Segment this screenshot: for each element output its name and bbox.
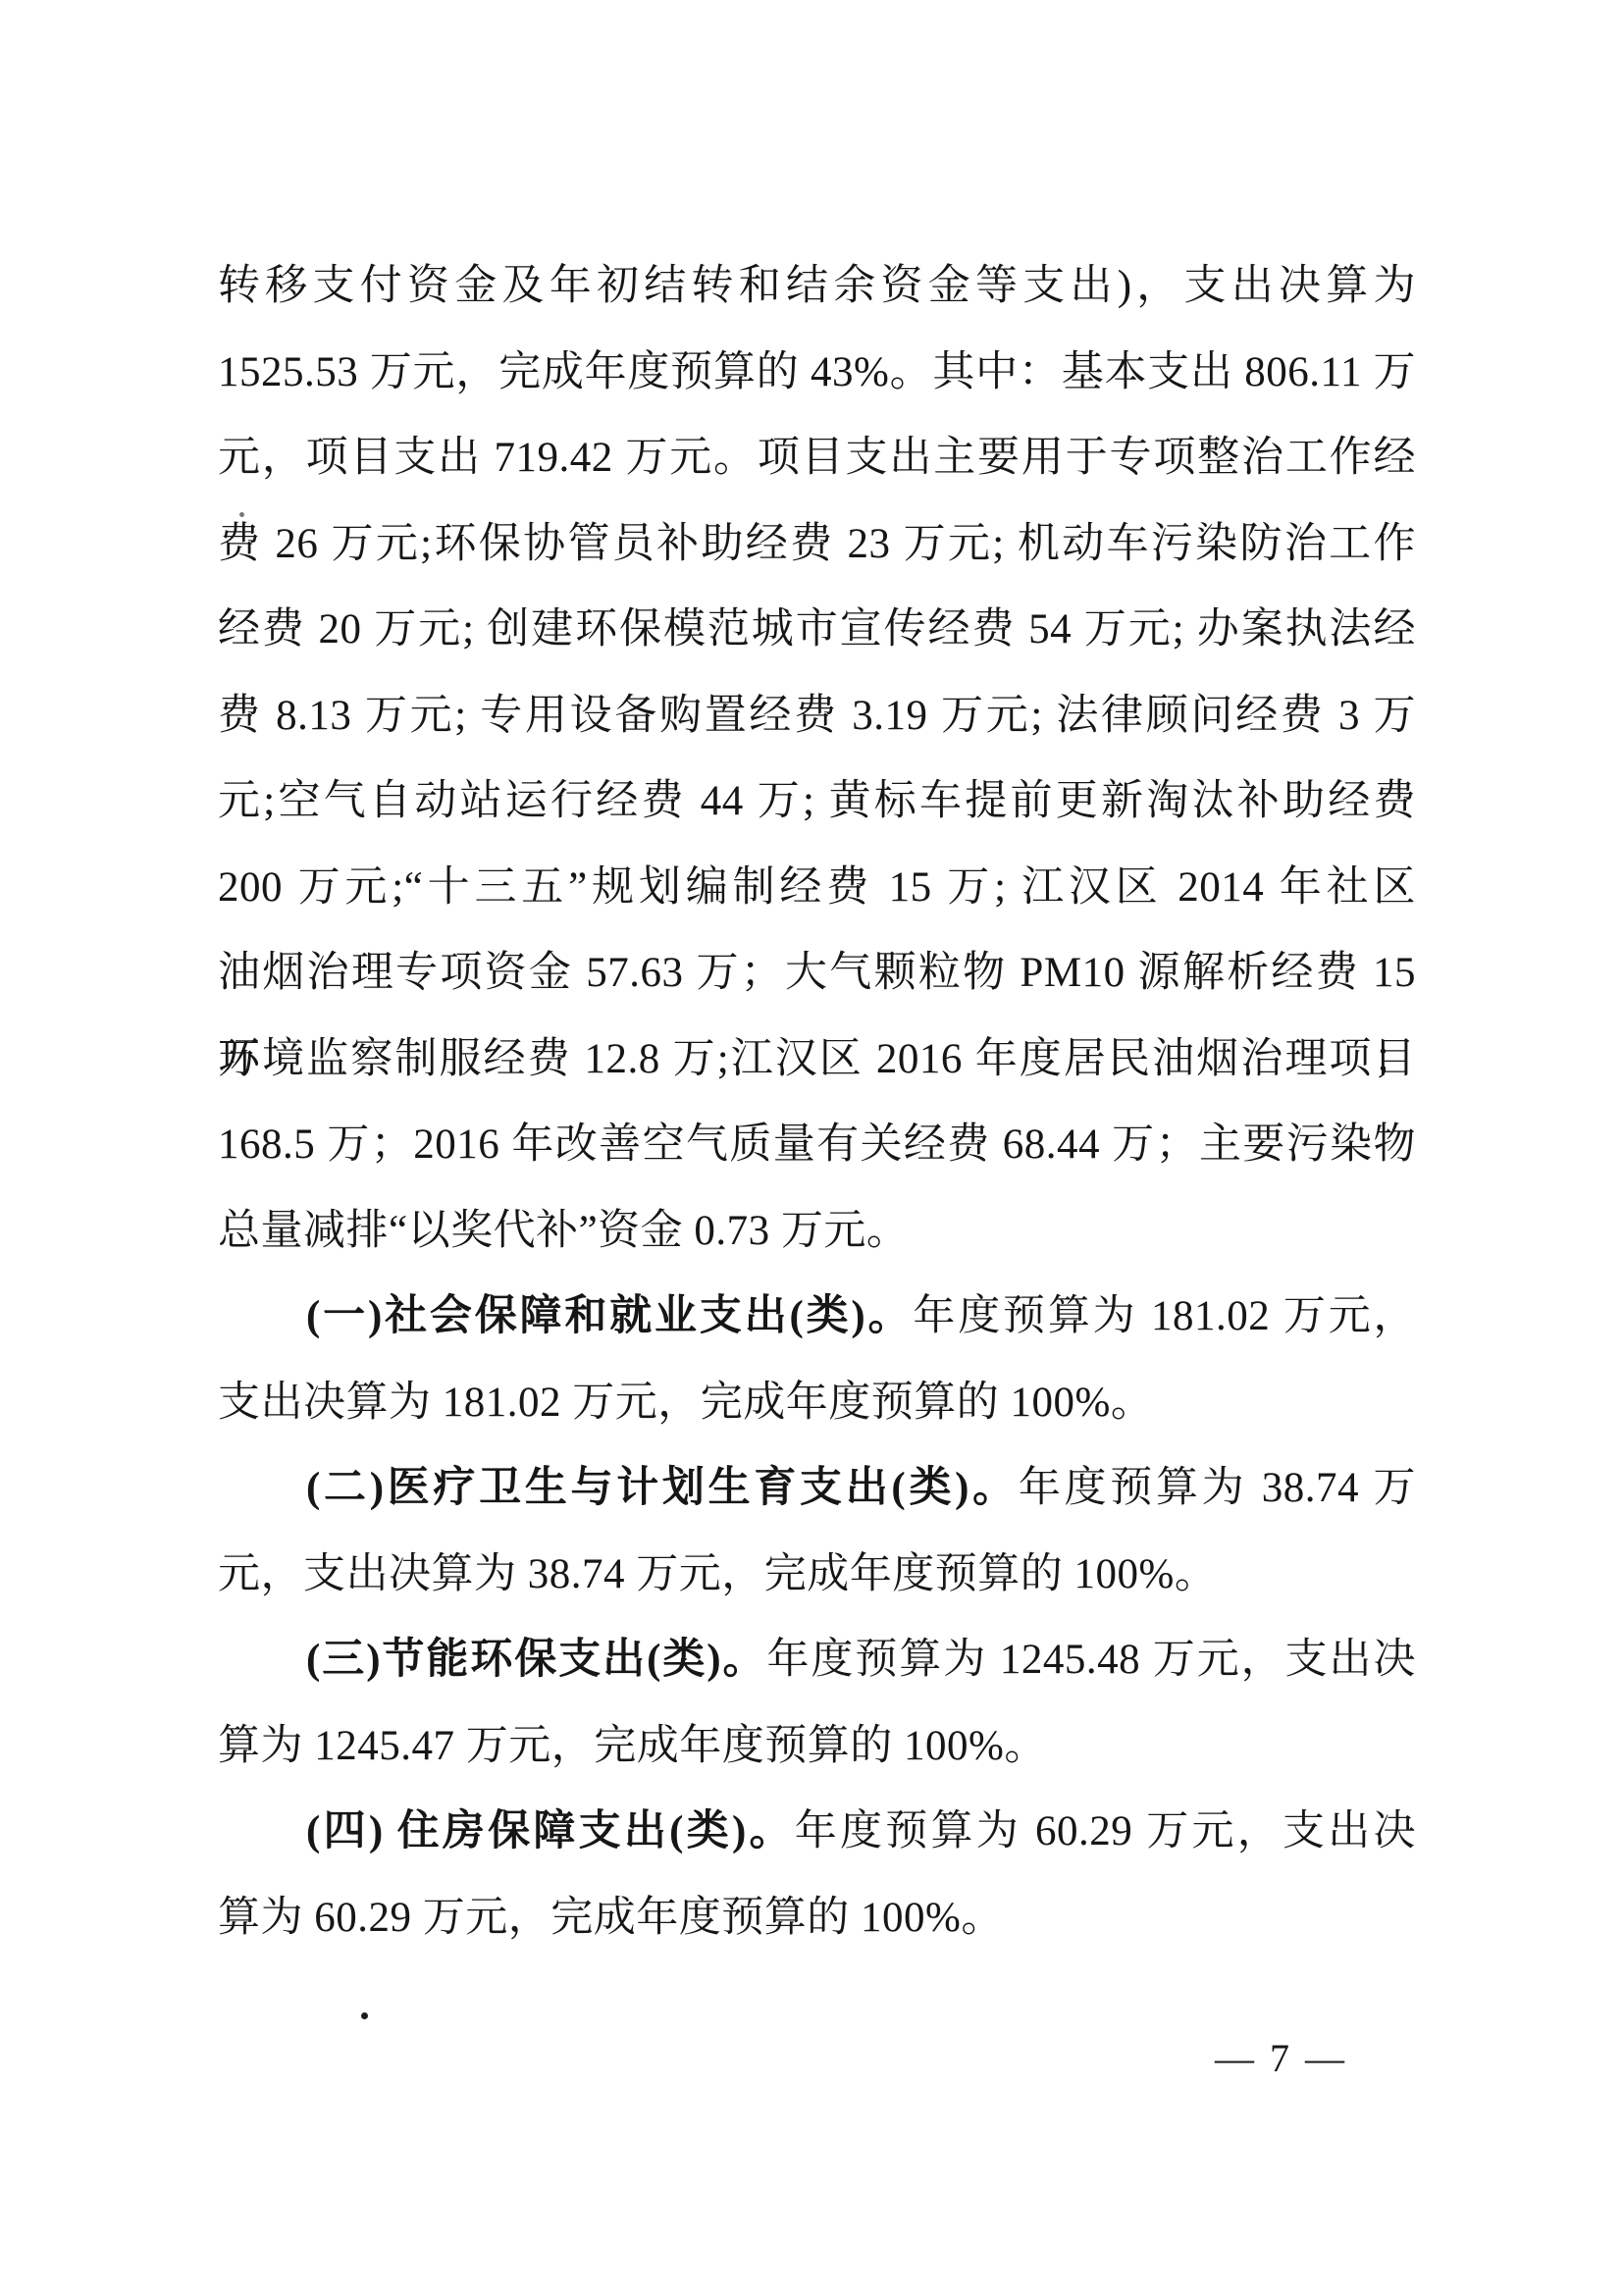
text-line: 油烟治理专项资金 57.63 万；大气颗粒物 PM10 源解析经费 15 万； [218, 930, 1416, 1017]
section-1-heading: (一)社会保障和就业支出(类)。 [306, 1293, 913, 1339]
section-heading-line: (二)医疗卫生与计划生育支出(类)。年度预算为 38.74 万 [218, 1445, 1416, 1532]
text-line: 费 8.13 万元; 专用设备购置经费 3.19 万元; 法律顾问经费 3 万 [218, 673, 1416, 759]
document-body: 转移支付资金及年初结转和结余资金等支出)，支出决算为 1525.53 万元，完成… [218, 243, 1416, 1960]
text-line: 转移支付资金及年初结转和结余资金等支出)，支出决算为 [218, 243, 1416, 330]
text-line: 168.5 万；2016 年改善空气质量有关经费 68.44 万；主要污染物 [218, 1102, 1416, 1188]
section-2-heading: (二)医疗卫生与计划生育支出(类)。 [306, 1465, 1019, 1511]
scan-speck [361, 2012, 368, 2019]
text-line: 环境监察制服经费 12.8 万;江汉区 2016 年度居民油烟治理项目 [218, 1017, 1416, 1103]
scan-speck [239, 512, 244, 517]
text-line: 算为 60.29 万元，完成年度预算的 100%。 [218, 1875, 1416, 1961]
text-line: 元，支出决算为 38.74 万元，完成年度预算的 100%。 [218, 1532, 1416, 1618]
section-heading-line: (三)节能环保支出(类)。年度预算为 1245.48 万元，支出决 [218, 1617, 1416, 1703]
section-3-intro: 年度预算为 1245.48 万元，支出决 [766, 1637, 1416, 1683]
text-line: 元;空气自动站运行经费 44 万; 黄标车提前更新淘汰补助经费 [218, 758, 1416, 845]
section-heading-line: (一)社会保障和就业支出(类)。年度预算为 181.02 万元， [218, 1274, 1416, 1360]
section-1-intro: 年度预算为 181.02 万元， [913, 1293, 1416, 1339]
section-3-heading: (三)节能环保支出(类)。 [306, 1637, 766, 1683]
section-4-heading: (四) 住房保障支出(类)。 [306, 1808, 795, 1854]
section-4-intro: 年度预算为 60.29 万元，支出决 [795, 1808, 1416, 1854]
text-line: 总量减排“以奖代补”资金 0.73 万元。 [218, 1188, 1416, 1275]
text-line: 元，项目支出 719.42 万元。项目支出主要用于专项整治工作经 [218, 415, 1416, 501]
text-line: 经费 20 万元; 创建环保模范城市宣传经费 54 万元; 办案执法经 [218, 587, 1416, 673]
text-line: 1525.53 万元，完成年度预算的 43%。其中：基本支出 806.11 万 [218, 330, 1416, 416]
text-line: 算为 1245.47 万元，完成年度预算的 100%。 [218, 1703, 1416, 1790]
document-page: 转移支付资金及年初结转和结余资金等支出)，支出决算为 1525.53 万元，完成… [0, 0, 1623, 2296]
text-line: 支出决算为 181.02 万元，完成年度预算的 100%。 [218, 1360, 1416, 1446]
section-heading-line: (四) 住房保障支出(类)。年度预算为 60.29 万元，支出决 [218, 1789, 1416, 1875]
text-line: 费 26 万元;环保协管员补助经费 23 万元; 机动车污染防治工作 [218, 501, 1416, 588]
section-2-intro: 年度预算为 38.74 万 [1019, 1465, 1416, 1511]
text-line: 200 万元;“十三五”规划编制经费 15 万; 江汉区 2014 年社区 [218, 845, 1416, 931]
page-number: — 7 — [1215, 2029, 1347, 2088]
